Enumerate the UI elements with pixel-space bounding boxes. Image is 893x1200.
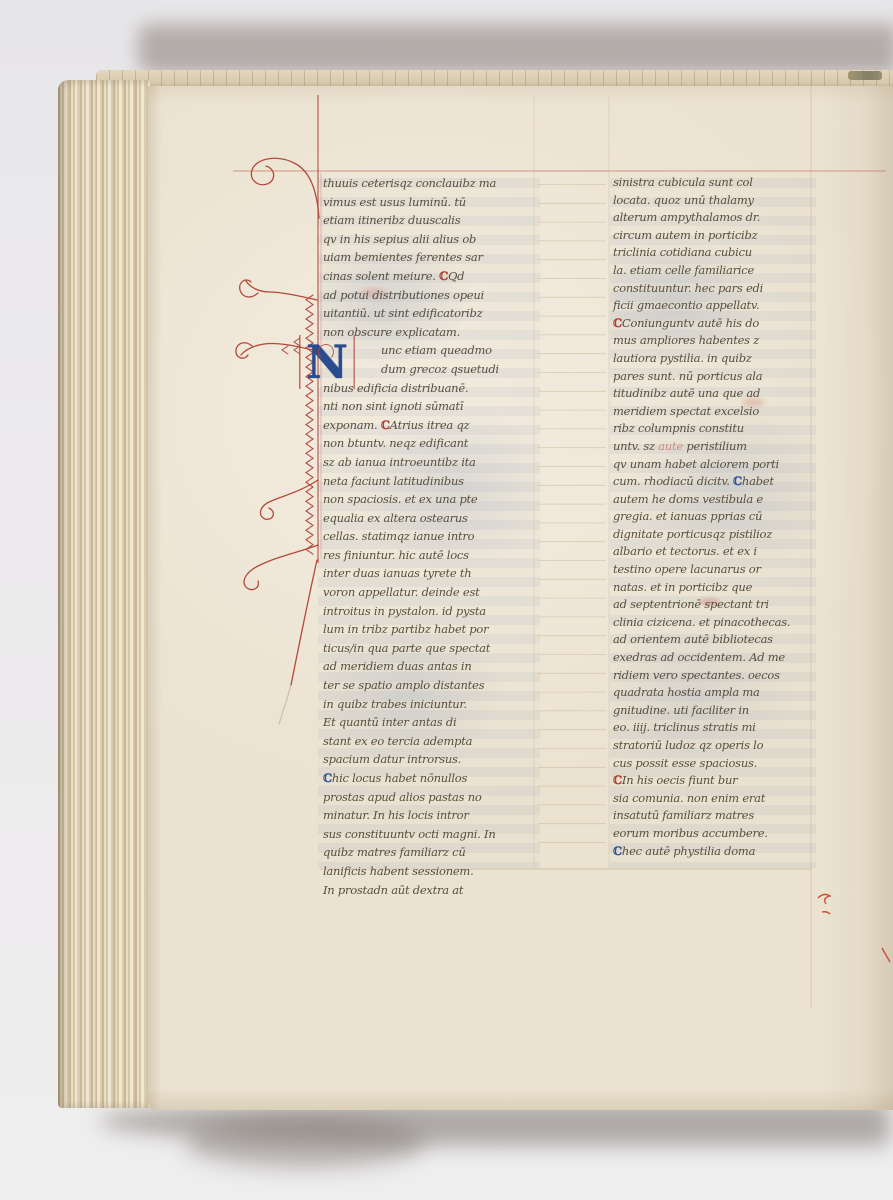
text-line: untv. sz aute peristilium xyxy=(613,438,815,456)
text-line: titudinibz autē una que ad xyxy=(613,385,815,403)
text-line: autem he doms vestibula e xyxy=(613,491,815,509)
text-segment: unc etiam queadmo xyxy=(381,343,492,357)
text-segment: ℂ xyxy=(381,418,390,432)
text-line: testino opere lacunarus or xyxy=(613,561,815,579)
text-line: lanificis habent sessionem. xyxy=(323,862,537,881)
text-segment: ticus/in qua parte que spectat xyxy=(323,641,490,655)
text-segment: dum grecoz qsuetudi xyxy=(381,362,499,376)
text-line: Et quantū inter antas di xyxy=(323,713,537,732)
text-line: ad meridiem duas antas in xyxy=(323,657,537,676)
text-segment: ad meridiem duas antas in xyxy=(323,659,471,673)
text-line: spacium datur introrsus. xyxy=(323,750,537,769)
text-segment: In prostadn aūt dextra at xyxy=(323,883,463,897)
text-segment: ad potui distributiones opeui xyxy=(323,288,484,302)
text-line: pares sunt. nū porticus ala xyxy=(613,368,815,386)
text-line: natas. et in porticibz que xyxy=(613,579,815,597)
text-segment: hic locus habet nōnullos xyxy=(332,771,467,785)
text-segment: sus constituuntv octi magni. In xyxy=(323,827,496,841)
text-line: la. etiam celle familiarice xyxy=(613,262,815,280)
text-segment: mus ampliores habentes z xyxy=(613,333,759,347)
text-line: ter se spatio amplo distantes xyxy=(323,676,537,695)
text-line: prostas apud alios pastas no xyxy=(323,788,537,807)
text-line: clinia cizicena. et pinacothecas. xyxy=(613,614,815,632)
text-line: cum. rhodiacū dicitv. ℂhabet xyxy=(613,473,815,491)
text-line: ℂhec autē phystilia doma xyxy=(613,843,815,861)
text-line: equalia ex altera ostearus xyxy=(323,509,537,528)
text-segment: aute xyxy=(658,439,683,453)
text-line: cus possit esse spaciosus. xyxy=(613,755,815,773)
text-line: res finiuntur. hic autē locs xyxy=(323,546,537,565)
book-fore-edge-leaf-stack xyxy=(58,80,150,1108)
text-segment: Coniunguntv autē his do xyxy=(622,316,759,330)
text-segment: ridiem vero spectantes. oecos xyxy=(613,668,780,682)
text-segment: ter se spatio amplo distantes xyxy=(323,678,484,692)
text-segment: res finiuntur. hic autē locs xyxy=(323,548,469,562)
text-segment: meridiem spectat excelsio xyxy=(613,404,759,418)
text-line: sinistra cubicula sunt col xyxy=(613,174,815,192)
text-line: uiam bemientes ferentes sar xyxy=(323,248,537,267)
text-segment: ℂ xyxy=(323,771,332,785)
text-segment: ℂ xyxy=(613,316,622,330)
text-segment: ad septentrionē spectant tri xyxy=(613,597,769,611)
text-line: dignitate porticusqz pistilioz xyxy=(613,526,815,544)
text-segment: untv. sz xyxy=(613,439,658,453)
left-column: thuuis ceterisqz conclauibz mavimus est … xyxy=(323,174,537,899)
text-segment: sia comunia. non enim erat xyxy=(613,791,765,805)
text-segment: gnitudine. uti faciliter in xyxy=(613,703,749,717)
text-line: sus constituuntv octi magni. In xyxy=(323,825,537,844)
text-line: thuuis ceterisqz conclauibz ma xyxy=(323,174,537,193)
text-segment: hec autē phystilia doma xyxy=(622,844,755,858)
text-segment: introitus in pystalon. id pysta xyxy=(323,604,486,618)
text-segment: neta faciunt latitudinibus xyxy=(323,474,464,488)
text-segment: albario et tectorus. et ex i xyxy=(613,544,757,558)
text-segment: equalia ex altera ostearus xyxy=(323,511,468,525)
text-segment: ℂ xyxy=(613,773,622,787)
text-segment: uiam bemientes ferentes sar xyxy=(323,250,483,264)
text-line: in quibz trabes iniciuntur. xyxy=(323,695,537,714)
text-line: alterum ampythalamos dr. xyxy=(613,209,815,227)
text-segment: ad orientem autē bibliotecas xyxy=(613,632,773,646)
text-line: etiam itineribz duuscalis xyxy=(323,211,537,230)
text-segment: testino opere lacunarus or xyxy=(613,562,761,576)
text-segment: lum in tribz partibz habet por xyxy=(323,622,488,636)
text-line: qv in his sepius alii alius ob xyxy=(323,230,537,249)
text-segment: triclinia cotidiana cubicu xyxy=(613,245,752,259)
text-line: constituuntur. hec pars edi xyxy=(613,280,815,298)
text-line: cellas. statimqz ianue intro xyxy=(323,527,537,546)
text-segment: in quibz trabes iniciuntur. xyxy=(323,697,467,711)
text-segment: gregia. et ianuas pprias cū xyxy=(613,509,762,523)
text-line: nibus edificia distribuanē. xyxy=(323,379,537,398)
book-cast-shadow-lobe xyxy=(185,1118,425,1168)
text-line: inter duas ianuas tyrete th xyxy=(323,564,537,583)
text-line: mus ampliores habentes z xyxy=(613,332,815,350)
text-segment: ficii gmaecontio appellatv. xyxy=(613,298,759,312)
text-line: uitantiū. ut sint edificatoribz xyxy=(323,304,537,323)
text-line: ℂConiunguntv autē his do xyxy=(613,315,815,333)
text-segment: constituuntur. hec pars edi xyxy=(613,281,763,295)
text-segment: minatur. In his locis intror xyxy=(323,808,469,822)
text-line: sz ab ianua introeuntibz ita xyxy=(323,453,537,472)
text-segment: voron appellatur. deinde est xyxy=(323,585,479,599)
text-segment: habet xyxy=(742,474,774,488)
text-line: lautiora pystilia. in quibz xyxy=(613,350,815,368)
text-segment: ℂ xyxy=(439,269,448,283)
text-line: unc etiam queadmo xyxy=(323,341,537,360)
text-line: neta faciunt latitudinibus xyxy=(323,472,537,491)
text-line: ℂIn his oecis fiunt bur xyxy=(613,772,815,790)
text-line: ribz columpnis constitu xyxy=(613,420,815,438)
text-line: ticus/in qua parte que spectat xyxy=(323,639,537,658)
text-line: insatutū familiarz matres xyxy=(613,807,815,825)
text-line: circum autem in porticibz xyxy=(613,227,815,245)
text-segment: lanificis habent sessionem. xyxy=(323,864,473,878)
text-line: locata. quoz unū thalamy xyxy=(613,192,815,210)
text-line: ficii gmaecontio appellatv. xyxy=(613,297,815,315)
text-line: nti non sint ignoti sūmatī xyxy=(323,397,537,416)
text-line: triclinia cotidiana cubicu xyxy=(613,244,815,262)
text-line: albario et tectorus. et ex i xyxy=(613,543,815,561)
text-segment: ℂ xyxy=(733,474,742,488)
text-line: introitus in pystalon. id pysta xyxy=(323,602,537,621)
text-line: ℂhic locus habet nōnullos xyxy=(323,769,537,788)
text-segment: dignitate porticusqz pistilioz xyxy=(613,527,772,541)
text-segment: exponam. xyxy=(323,418,381,432)
text-line: ad orientem autē bibliotecas xyxy=(613,631,815,649)
text-line: quadrata hostia ampla ma xyxy=(613,684,815,702)
text-segment: eo. iiij. triclinus stratis mi xyxy=(613,720,756,734)
text-segment: ℂ xyxy=(613,844,622,858)
text-line: lum in tribz partibz habet por xyxy=(323,620,537,639)
text-segment: qv unam habet alciorem porti xyxy=(613,457,779,471)
text-segment: stratoriū ludoz qz operis lo xyxy=(613,738,763,752)
text-line: quibz matres familiarz cū xyxy=(323,843,537,862)
text-segment: stant ex eo tercia adempta xyxy=(323,734,472,748)
text-line: In prostadn aūt dextra at xyxy=(323,881,537,900)
text-segment: In his oecis fiunt bur xyxy=(622,773,737,787)
text-segment: prostas apud alios pastas no xyxy=(323,790,482,804)
text-line: ad potui distributiones opeui xyxy=(323,286,537,305)
text-segment: natas. et in porticibz que xyxy=(613,580,752,594)
text-segment: exedras ad occidentem. Ad me xyxy=(613,650,785,664)
text-line: gregia. et ianuas pprias cū xyxy=(613,508,815,526)
text-line: meridiem spectat excelsio xyxy=(613,403,815,421)
text-segment: uitantiū. ut sint edificatoribz xyxy=(323,306,482,320)
headband-speck xyxy=(848,71,882,80)
text-segment: sz ab ianua introeuntibz ita xyxy=(323,455,476,469)
text-segment: autem he doms vestibula e xyxy=(613,492,763,506)
text-line: voron appellatur. deinde est xyxy=(323,583,537,602)
text-segment: inter duas ianuas tyrete th xyxy=(323,566,471,580)
text-segment: cus possit esse spaciosus. xyxy=(613,756,757,770)
text-segment: clinia cizicena. et pinacothecas. xyxy=(613,615,790,629)
text-segment: lautiora pystilia. in quibz xyxy=(613,351,752,365)
text-line: ridiem vero spectantes. oecos xyxy=(613,667,815,685)
text-line: eorum moribus accumbere. xyxy=(613,825,815,843)
text-segment: sinistra cubicula sunt col xyxy=(613,175,753,189)
text-line: ad septentrionē spectant tri xyxy=(613,596,815,614)
text-segment: non spaciosis. et ex una pte xyxy=(323,492,478,506)
text-line: qv unam habet alciorem porti xyxy=(613,456,815,474)
text-segment: Atrius itrea qz xyxy=(390,418,470,432)
text-segment: vimus est usus luminū. tū xyxy=(323,195,466,209)
text-segment: Qd xyxy=(448,269,464,283)
text-line: vimus est usus luminū. tū xyxy=(323,193,537,212)
text-segment: Et quantū inter antas di xyxy=(323,715,456,729)
text-segment: alterum ampythalamos dr. xyxy=(613,210,760,224)
text-segment: cellas. statimqz ianue intro xyxy=(323,529,474,543)
text-segment: thuuis ceterisqz conclauibz ma xyxy=(323,176,496,190)
initial-inner-penwork xyxy=(318,344,334,360)
text-line: minatur. In his locis intror xyxy=(323,806,537,825)
right-column: sinistra cubicula sunt collocata. quoz u… xyxy=(613,174,815,860)
text-segment: etiam itineribz duuscalis xyxy=(323,213,460,227)
text-segment: ribz columpnis constitu xyxy=(613,421,744,435)
text-line: stratoriū ludoz qz operis lo xyxy=(613,737,815,755)
text-line: non spaciosis. et ex una pte xyxy=(323,490,537,509)
text-line: stant ex eo tercia adempta xyxy=(323,732,537,751)
text-line: cinas solent meiure. ℂQd xyxy=(323,267,537,286)
backdrop-shadow xyxy=(138,24,893,74)
text-segment: insatutū familiarz matres xyxy=(613,808,754,822)
text-segment: spacium datur introrsus. xyxy=(323,752,461,766)
text-segment: circum autem in porticibz xyxy=(613,228,757,242)
text-segment: cinas solent meiure. xyxy=(323,269,439,283)
text-segment: titudinibz autē una que ad xyxy=(613,386,760,400)
text-segment: pares sunt. nū porticus ala xyxy=(613,369,762,383)
text-line: non obscure explicatam. xyxy=(323,323,537,342)
text-line: sia comunia. non enim erat xyxy=(613,790,815,808)
text-segment: cum. rhodiacū dicitv. xyxy=(613,474,733,488)
text-line: exponam. ℂAtrius itrea qz xyxy=(323,416,537,435)
text-line: exedras ad occidentem. Ad me xyxy=(613,649,815,667)
text-segment: peristilium xyxy=(683,439,747,453)
text-line: eo. iiij. triclinus stratis mi xyxy=(613,719,815,737)
text-segment: quadrata hostia ampla ma xyxy=(613,685,760,699)
text-segment: la. etiam celle familiarice xyxy=(613,263,754,277)
text-segment: non btuntv. neqz edificant xyxy=(323,436,468,450)
text-segment: eorum moribus accumbere. xyxy=(613,826,768,840)
text-segment: qv in his sepius alii alius ob xyxy=(323,232,476,246)
text-segment: nti non sint ignoti sūmatī xyxy=(323,399,463,413)
text-line: dum grecoz qsuetudi xyxy=(323,360,537,379)
text-segment: quibz matres familiarz cū xyxy=(323,845,465,859)
text-line: gnitudine. uti faciliter in xyxy=(613,702,815,720)
text-line: non btuntv. neqz edificant xyxy=(323,434,537,453)
text-segment: locata. quoz unū thalamy xyxy=(613,193,754,207)
